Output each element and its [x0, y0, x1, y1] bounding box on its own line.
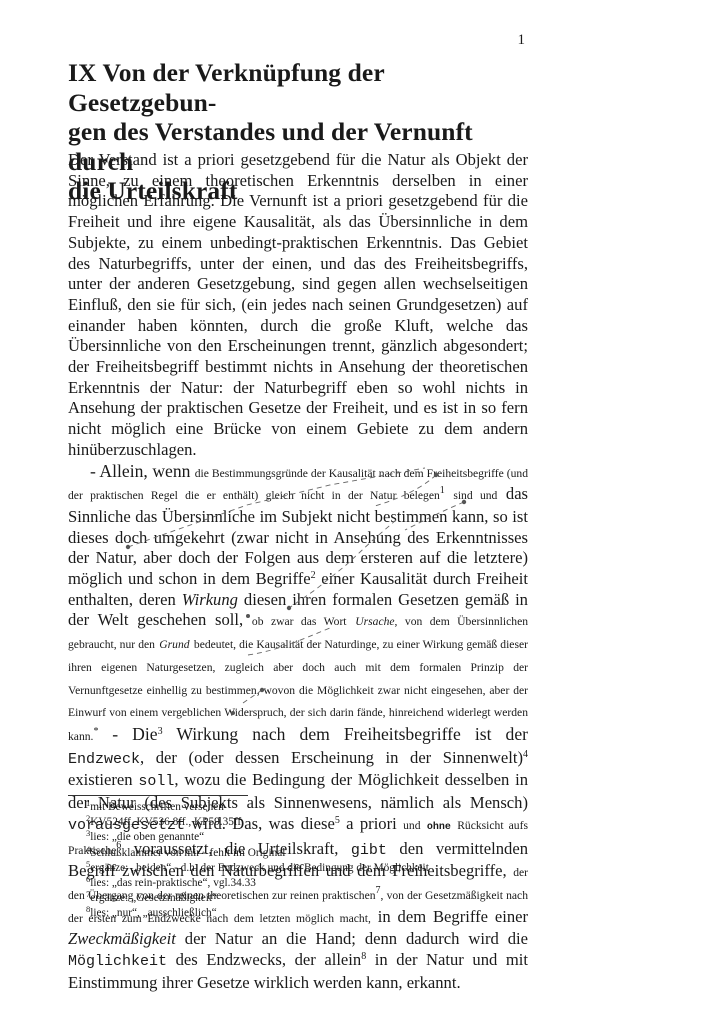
text-run: - Die: [112, 724, 157, 744]
footnote-4: 4Schlußklammer von mir - fehlt im Origin…: [86, 846, 546, 861]
footnote-8: 8lies: „nur“, „ausschließlich“: [86, 906, 546, 921]
footnote-text: KV524ff, KV536.8ff., KP59.35ff.: [90, 816, 244, 828]
footnote-ref-4[interactable]: 4: [523, 749, 528, 760]
footnote-text: Schlußklammer von mir - fehlt im Origina…: [90, 847, 285, 859]
small-text-run: ob zwar das Wort: [252, 615, 347, 628]
emphasis-ursache: Ursache: [355, 615, 394, 628]
footnote-3: 3lies: „die oben genannte“: [86, 830, 546, 845]
footnote-ref-8[interactable]: 8: [361, 951, 366, 962]
mono-term-soll: soll: [138, 773, 174, 790]
footnote-text: lies: „nur“, „ausschließlich“: [90, 907, 216, 919]
text-run: , der (oder dessen Erscheinung in der Si…: [140, 748, 523, 767]
paragraph-1: Der Verstand ist a priori gesetzgebend f…: [68, 150, 528, 461]
footnote-text: mit Beweisschriften versehen: [90, 801, 224, 813]
footnote-6: 6lies: „das rein-praktische“, vgl.34.33: [86, 876, 546, 891]
text-run: des Endzwecks, der allein: [176, 950, 362, 969]
footnote-ref-1[interactable]: 1: [440, 485, 445, 496]
text-run: Wirkung nach dem Freiheitsbegriffe ist d…: [176, 724, 528, 744]
emphasis-wirkung: Wirkung: [182, 590, 238, 609]
document-page: 1 IX Von der Verknüpfung der Gesetzgebun…: [0, 0, 724, 1024]
footnote-text: ergänze: „Gesetzmäßigkeit“: [90, 892, 217, 904]
footnote-ref-3[interactable]: 3: [158, 726, 163, 737]
mono-term-endzweck: Endzweck: [68, 751, 140, 768]
title-line: IX Von der Verknüpfung der Gesetzgebun-: [68, 58, 384, 117]
text-run: der Natur an die Hand; denn dadurch wird…: [185, 929, 528, 948]
page-number: 1: [505, 32, 525, 49]
footnote-text: ergänze: „beiden“ - d.h. der Endzweck un…: [90, 862, 429, 874]
small-text-run: sind und: [453, 489, 497, 502]
footnote-text: lies: „das rein-praktische“, vgl.34.33: [90, 877, 256, 889]
footnote-rule: [68, 795, 248, 796]
footnote-ref-2[interactable]: 2: [311, 570, 316, 581]
footnote-5: 5ergänze: „beiden“ - d.h. der Endzweck u…: [86, 861, 546, 876]
footnote-7: 7ergänze: „Gesetzmäßigkeit“: [86, 891, 546, 906]
footnotes: 1mit Beweisschriften versehen 2KV524ff, …: [86, 800, 546, 922]
text-run: existieren: [68, 770, 133, 789]
mono-term-moeglichkeit: Möglichkeit: [68, 953, 167, 970]
emphasis-grund: Grund: [159, 638, 189, 651]
footnote-text: lies: „die oben genannte“: [90, 831, 204, 843]
emphasis-zweckmaessigkeit: Zweckmäßigkeit: [68, 929, 176, 948]
footnote-1: 1mit Beweisschriften versehen: [86, 800, 546, 815]
asterisk-mark: *: [93, 726, 98, 737]
footnote-2: 2KV524ff, KV536.8ff., KP59.35ff.: [86, 815, 546, 830]
text-run: - Allein, wenn: [90, 461, 190, 481]
